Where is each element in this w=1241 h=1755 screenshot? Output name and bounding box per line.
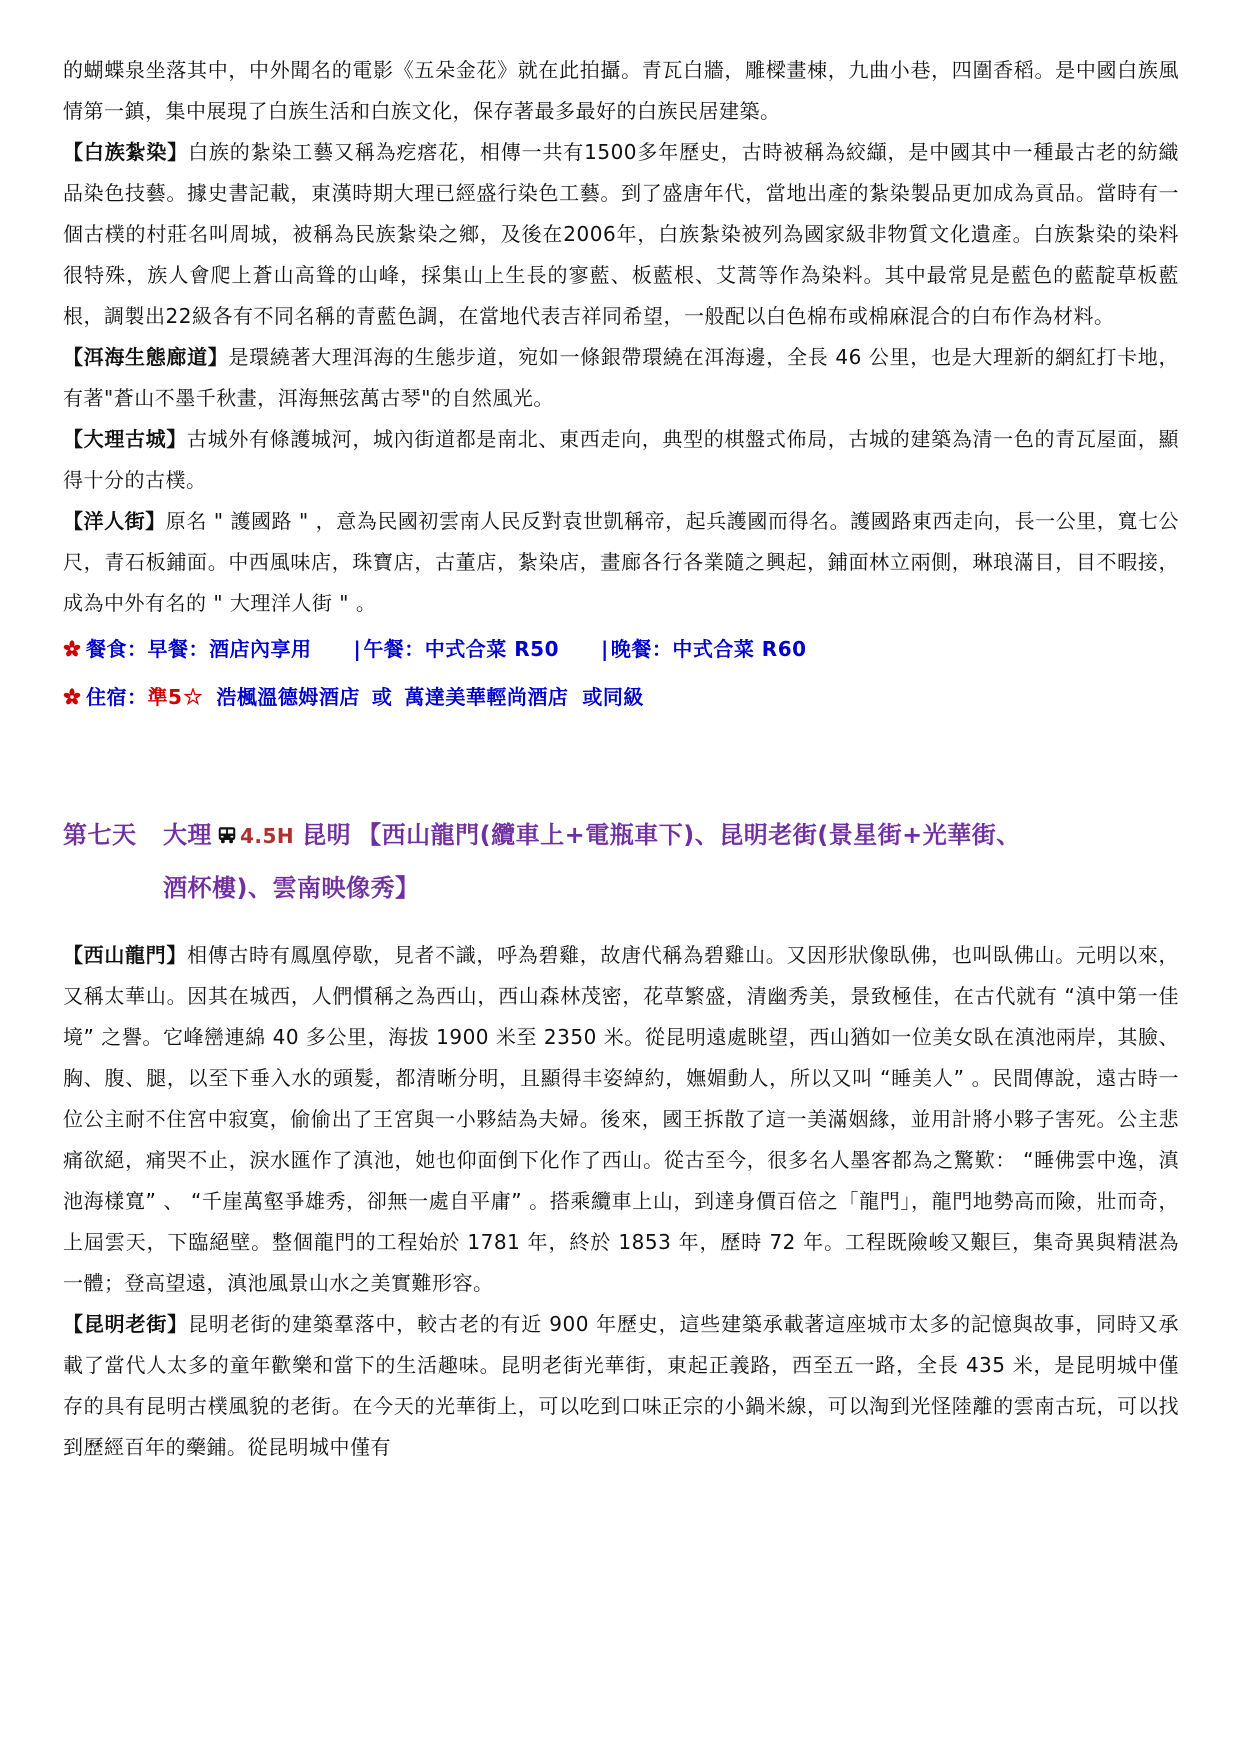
hotel-name-1: 浩楓溫德姆酒店 [216,685,360,709]
section-text: 昆明老街的建築羣落中，較古老的有近 900 年歷史，這些建築承載著這座城市太多的… [63,1312,1179,1459]
origin-city: 大理 [163,821,212,849]
lunch-text: 午餐：中式合菜 R50 [363,637,559,661]
day-number-label: 第七天 [63,810,137,860]
section-label: 【洱海生態廊道】 [63,345,228,369]
or-equivalent: 或同級 [582,685,644,709]
section-text: 古城外有條護城河，城內街道都是南北、東西走向，典型的棋盤式佈局，古城的建築為清一… [63,427,1179,492]
separator: | [354,637,362,661]
section-foreigner-street: 【洋人街】原名 " 護國路 " ，意為民國初雲南人民反對袁世凱稱帝，起兵護國而得… [63,501,1179,624]
paragraph-text: 的蝴蝶泉坐落其中，中外聞名的電影《五朵金花》就在此拍攝。青瓦白牆，雕樑畫棟，九曲… [63,58,1179,123]
section-label: 【大理古城】 [63,427,187,451]
or-word: 或 [372,685,393,709]
accommodation-label: 住宿： [86,685,148,709]
flower-icon [63,631,81,672]
hotel-name-2: 萬達美華輕尚酒店 [404,685,568,709]
section-bai-tie-dye: 【白族紮染】白族的紮染工藝又稱為疙瘩花，相傳一共有1500多年歷史，古時被稱為絞… [63,132,1179,337]
section-label: 【昆明老街】 [63,1312,188,1336]
section-xishan-dragon-gate: 【西山龍門】相傳古時有鳳凰停歇，見者不識，呼為碧雞，故唐代稱為碧雞山。又因形狀像… [63,935,1179,1304]
star-outline-icon [184,679,202,720]
meals-label: 餐食： [86,637,148,661]
breakfast-text: 早餐：酒店內享用 [148,637,312,661]
section-label: 【白族紮染】 [63,140,188,164]
document-page: 的蝴蝶泉坐落其中，中外聞名的電影《五朵金花》就在此拍攝。青瓦白牆，雕樑畫棟，九曲… [0,0,1241,1468]
day-title: 大理4.5H昆明【西山龍門(纜車上+電瓶車下)、昆明老街(景星街+光華街、酒杯樓… [163,810,1043,913]
flower-icon [63,679,81,720]
section-kunming-old-street: 【昆明老街】昆明老街的建築羣落中，較古老的有近 900 年歷史，這些建築承載著這… [63,1304,1179,1468]
meals-line: 餐食：早餐：酒店內享用|午餐：中式合菜 R50|晚餐：中式合菜 R60 [63,629,1179,672]
section-label: 【西山龍門】 [63,943,187,967]
bus-icon [216,813,238,863]
section-erhai-eco-corridor: 【洱海生態廊道】是環繞著大理洱海的生態步道，宛如一條銀帶環繞在洱海邊，全長 46… [63,337,1179,419]
section-text: 是環繞著大理洱海的生態步道，宛如一條銀帶環繞在洱海邊，全長 46 公里，也是大理… [63,345,1179,410]
dinner-text: 晚餐：中式合菜 R60 [611,637,807,661]
travel-duration: 4.5H [240,824,294,848]
paragraph-butterfly-spring: 的蝴蝶泉坐落其中，中外聞名的電影《五朵金花》就在此拍攝。青瓦白牆，雕樑畫棟，九曲… [63,50,1179,132]
section-text: 相傳古時有鳳凰停歇，見者不識，呼為碧雞，故唐代稱為碧雞山。又因形狀像臥佛，也叫臥… [63,943,1179,1295]
section-dali-old-town: 【大理古城】古城外有條護城河，城內街道都是南北、東西走向，典型的棋盤式佈局，古城… [63,419,1179,501]
section-label: 【洋人街】 [63,509,166,533]
section-text: 白族的紮染工藝又稱為疙瘩花，相傳一共有1500多年歷史，古時被稱為絞纈，是中國其… [63,140,1179,328]
separator: | [601,637,609,661]
destination-city: 昆明 [302,821,351,849]
accommodation-line: 住宿：準5浩楓溫德姆酒店或萬達美華輕尚酒店或同級 [63,677,1179,720]
hotel-grade: 準5 [148,685,183,709]
day7-heading: 第七天大理4.5H昆明【西山龍門(纜車上+電瓶車下)、昆明老街(景星街+光華街、… [63,810,1179,913]
section-text: 原名 " 護國路 " ，意為民國初雲南人民反對袁世凱稱帝，起兵護國而得名。護國路… [63,509,1179,615]
